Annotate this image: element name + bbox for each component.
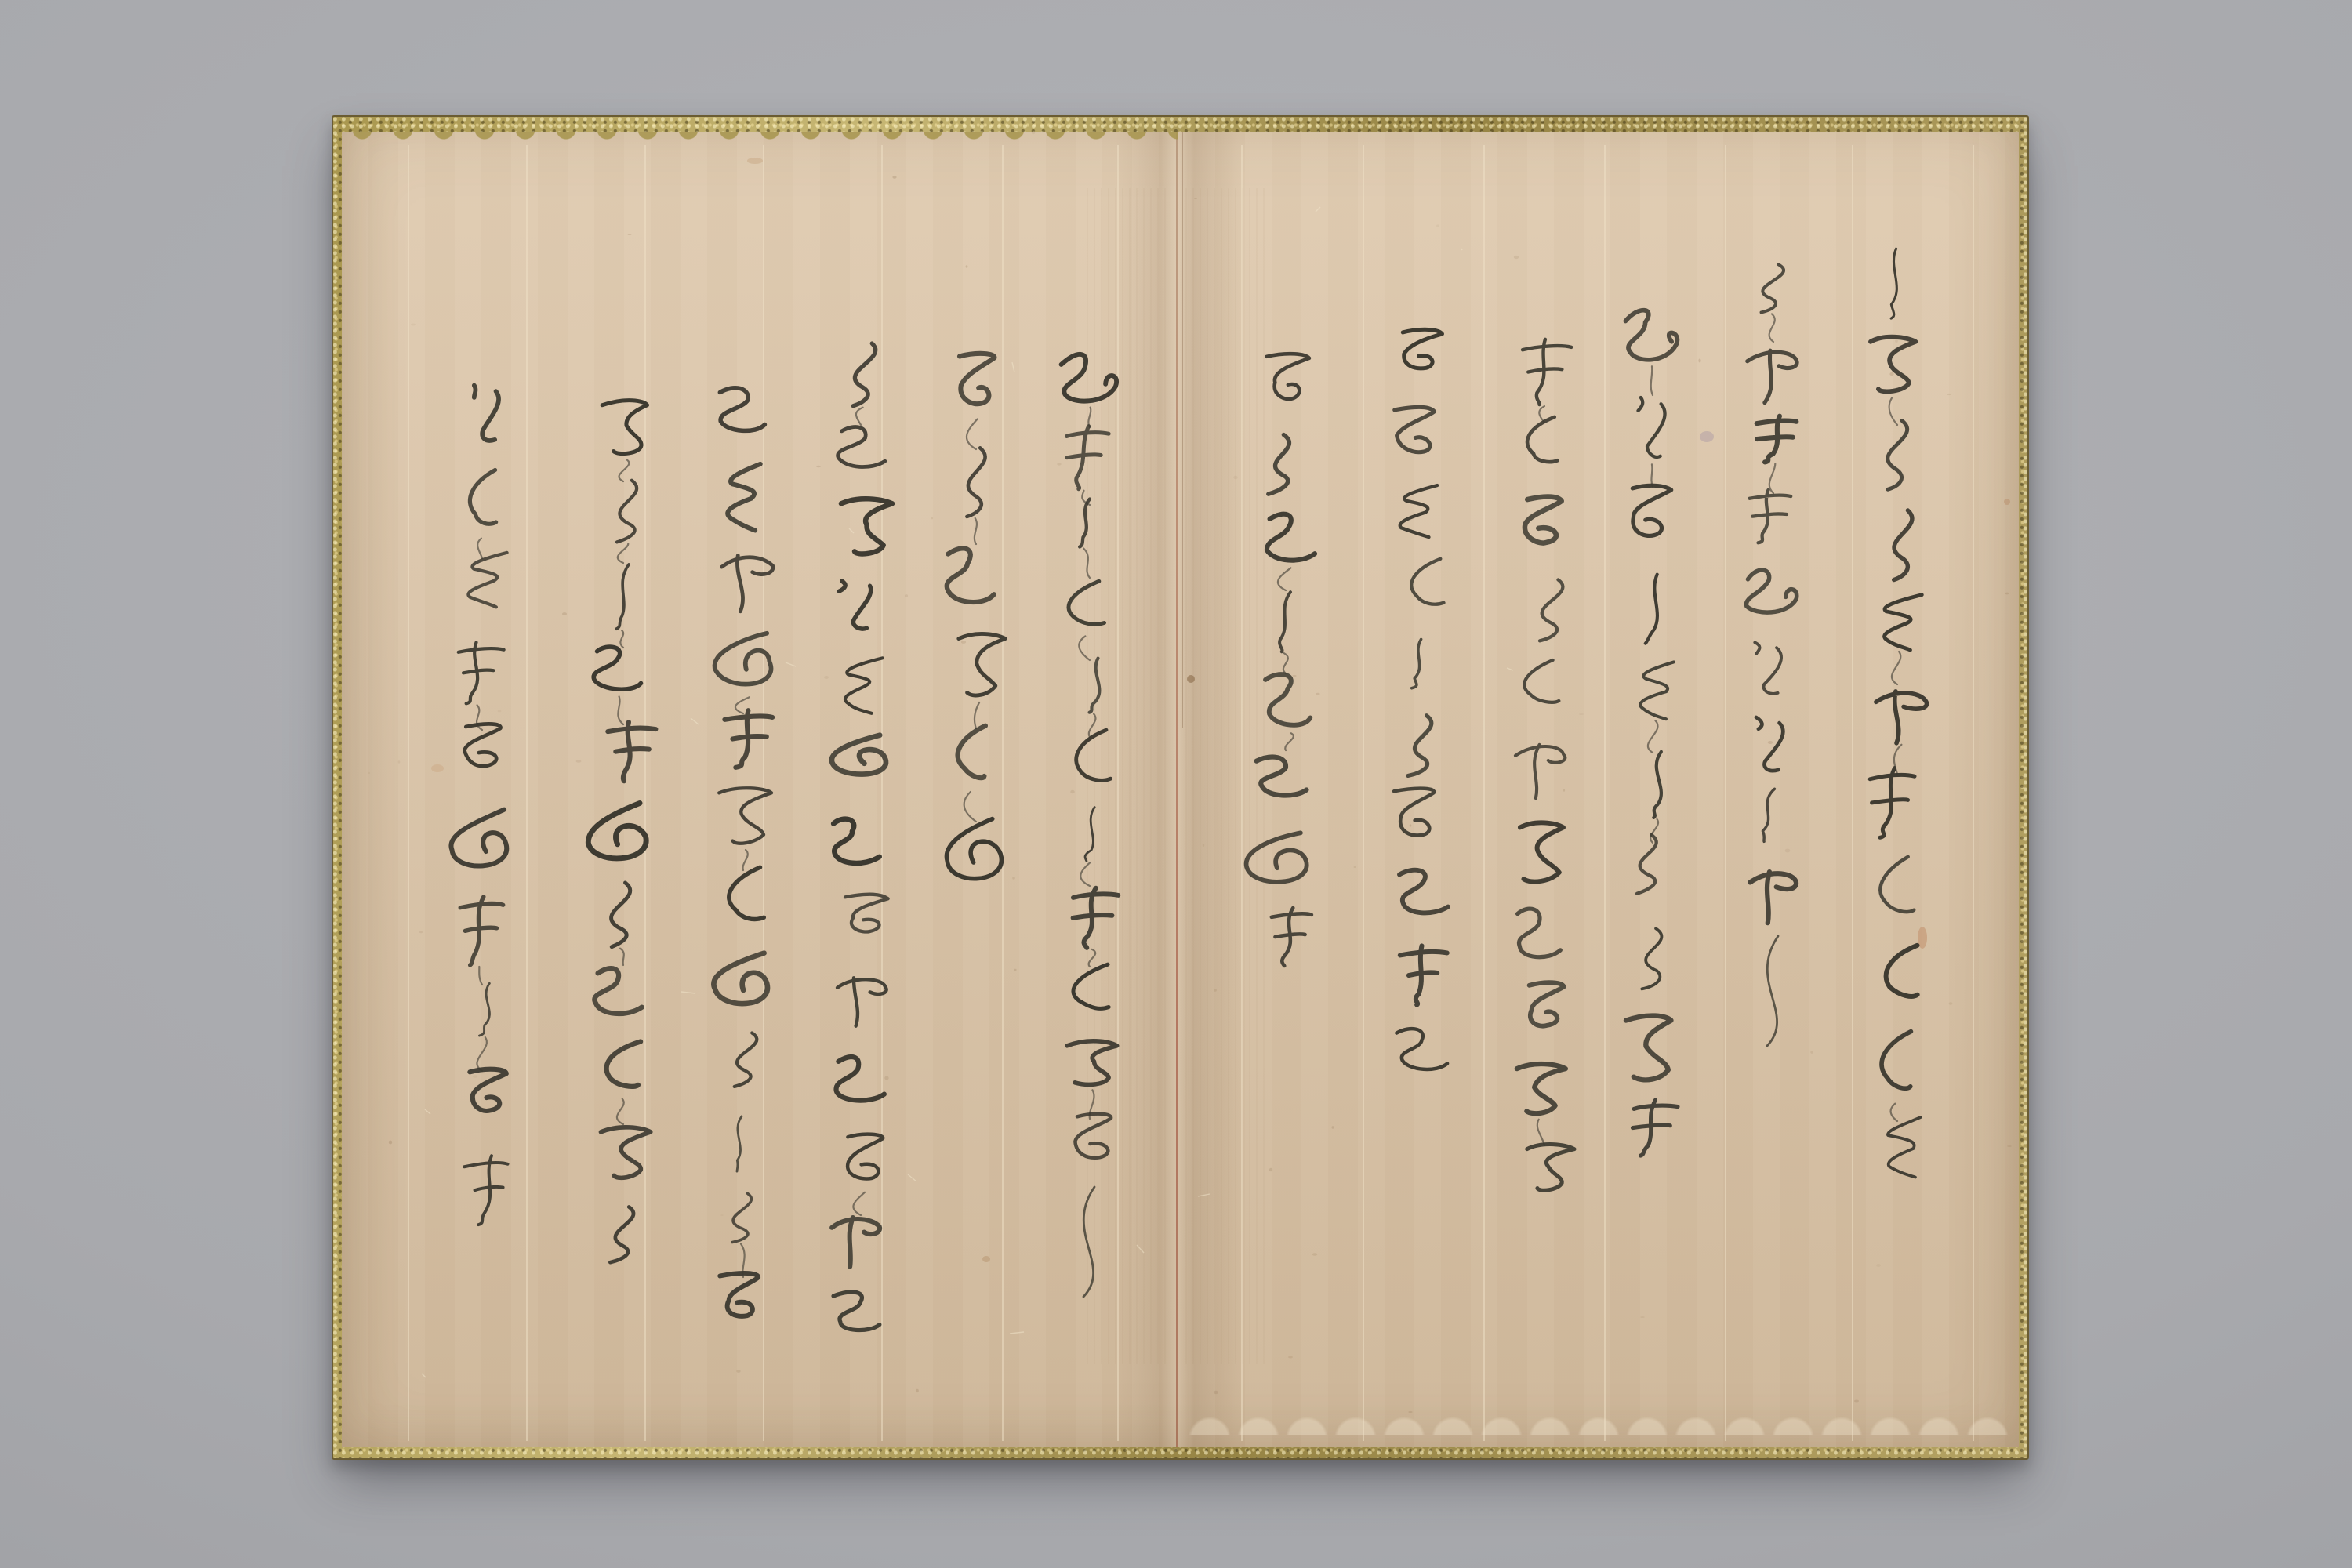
left-page bbox=[342, 132, 1178, 1447]
right-page bbox=[1178, 132, 2019, 1447]
embossed-scallop-pattern-bottom-right bbox=[1185, 1410, 2009, 1435]
gutter-crease-striations-right bbox=[1185, 188, 1267, 1364]
binding-thread-line bbox=[1176, 132, 1178, 1447]
gold-scallop-trim-top-left bbox=[342, 132, 1178, 143]
photo-backdrop: きしのゆゑにあくるくさをこひてよもうらによもむらさきのゆかりひくれゆくわか玉むし… bbox=[0, 0, 2352, 1568]
gutter-fold-hairline bbox=[1182, 132, 1183, 728]
gutter-crease-striations-left bbox=[1087, 188, 1168, 1364]
